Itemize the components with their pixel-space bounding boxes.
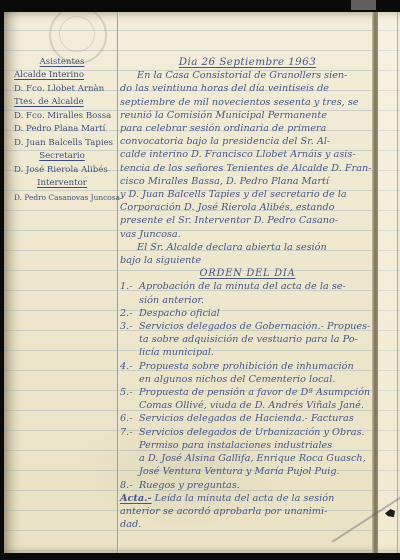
agenda-items: 1.-Aprobación de la minuta del acta de l… <box>120 280 375 491</box>
acta-paragraph: Acta.- Leída la minuta del acta de la se… <box>120 492 375 532</box>
text-line: dad. <box>120 518 375 531</box>
acta-label: Acta.- <box>120 493 152 504</box>
text-line: Despacho oficial <box>139 307 375 320</box>
attendee-name: D. Fco. Llobet Arnàn <box>10 83 114 96</box>
text-line: do las veintiuna horas del día veintisei… <box>120 82 375 95</box>
agenda-item-number: 8.- <box>120 479 133 492</box>
notebook-page: AsistentesAlcalde InterinoD. Fco. Llobet… <box>4 12 400 553</box>
text-line: Permiso para instalaciones industriales <box>139 439 375 452</box>
text-line: anterior se acordó aprobarla por unanimi… <box>120 505 375 518</box>
backdrop-highlight <box>351 0 376 10</box>
text-line: Aprobación de la minuta del acta de la s… <box>139 280 375 293</box>
margin-heading: Asistentes <box>10 56 114 69</box>
text-line: septiembre de mil novecientos sesenta y … <box>120 96 375 109</box>
text-line: El Sr. Alcalde declara abierta la sesión <box>120 241 375 254</box>
date-heading: Dia 26 Septiembre 1963 <box>120 56 375 69</box>
agenda-item: 3.-Servicios delegados de Gobernación.- … <box>120 320 375 360</box>
screenshot-root: { "colors": { "backdrop": "#0a0a0a", "pa… <box>0 0 400 560</box>
agenda-item: 5.-Propuesta de pensión a favor de Dª As… <box>120 386 375 412</box>
declare-paragraph: El Sr. Alcalde declara abierta la sesión… <box>120 241 375 267</box>
text-line: Corporación D. José Rierola Alibés, esta… <box>120 201 375 214</box>
agenda-item: 8.-Ruegos y preguntas. <box>120 479 375 492</box>
agenda-item-number: 4.- <box>120 360 133 373</box>
agenda-item-number: 6.- <box>120 412 133 425</box>
agenda-item: 2.-Despacho oficial <box>120 307 375 320</box>
agenda-item-number: 2.- <box>120 307 133 320</box>
text-line: bajo la siguiente <box>120 254 375 267</box>
agenda-heading-text: ORDEN DEL DIA <box>200 268 296 279</box>
text-line: y D. Juan Balcells Tapies y del secretar… <box>120 188 375 201</box>
text-line: para celebrar sesión ordinaria de primer… <box>120 122 375 135</box>
acta-text: Leída la minuta del acta de la sesión <box>155 493 335 504</box>
text-line: Servicios delegados de Urbanización y Ob… <box>139 426 375 439</box>
text-line: Ruegos y preguntas. <box>139 479 375 492</box>
text-line: a D. José Alsina Gallifa, Enrique Roca G… <box>139 452 375 465</box>
attendee-name: D. Juan Balcells Tapies <box>10 137 114 150</box>
text-line: cisco Miralles Bassa, D. Pedro Plana Mar… <box>120 175 375 188</box>
text-line: convocatoria bajo la presidencia del Sr.… <box>120 135 375 148</box>
text-line: calde interino D. Francisco Llobet Arnái… <box>120 148 375 161</box>
attendee-name: D. José Rierola Alibés <box>10 164 114 177</box>
next-page-edge-line <box>397 12 398 553</box>
text-line: presente el Sr. Interventor D. Pedro Cas… <box>120 214 375 227</box>
text-line: Propuesta sobre prohibición de inhumació… <box>139 360 375 373</box>
opening-paragraph: En la Casa Consistorial de Granollers si… <box>120 69 375 241</box>
text-line: En la Casa Consistorial de Granollers si… <box>120 69 375 82</box>
scanned-minutes-photo: AsistentesAlcalde InterinoD. Fco. Llobet… <box>0 0 400 560</box>
agenda-item: 7.-Servicios delegados de Urbanización y… <box>120 426 375 479</box>
text-line: licía municipal. <box>139 346 375 359</box>
margin-heading: Ttes. de Alcalde <box>10 96 114 109</box>
text-line: sión anterior. <box>139 294 375 307</box>
text-line: vas Juncosa. <box>120 228 375 241</box>
text-line: José Ventura Ventura y María Pujol Puig. <box>139 465 375 478</box>
attendee-name: D. Pedro Casanovas Juncosa <box>10 191 114 204</box>
margin-heading: Alcalde Interino <box>10 69 114 82</box>
date-heading-text: Dia 26 Septiembre 1963 <box>179 56 316 68</box>
agenda-item-number: 3.- <box>120 320 133 333</box>
margin-heading: Interventor <box>10 177 114 190</box>
margin-rule-line <box>117 12 118 553</box>
text-line: ta sobre adquisición de vestuario para l… <box>139 333 375 346</box>
text-line: Comas Ollivé, viuda de D. Andrés Viñals … <box>139 399 375 412</box>
attendee-name: D. Pedro Plana Martí <box>10 123 114 136</box>
text-line: Servicios delegados de Gobernación.- Pro… <box>139 320 375 333</box>
minutes-body: Dia 26 Septiembre 1963 En la Casa Consis… <box>120 56 375 531</box>
agenda-heading: ORDEN DEL DIA <box>120 267 375 280</box>
agenda-item: 1.-Aprobación de la minuta del acta de l… <box>120 280 375 306</box>
text-line: Acta.- Leída la minuta del acta de la se… <box>120 492 375 505</box>
text-line: reunió la Comisión Municipal Permanente <box>120 109 375 122</box>
text-line: Servicios delegados de Hacienda.- Factur… <box>139 412 375 425</box>
agenda-item-number: 7.- <box>120 426 133 439</box>
attendee-name: D. Fco. Miralles Bossa <box>10 110 114 123</box>
attendees-margin: AsistentesAlcalde InterinoD. Fco. Llobet… <box>10 56 114 204</box>
agenda-item-number: 1.- <box>120 280 133 293</box>
agenda-item-number: 5.- <box>120 386 133 399</box>
margin-heading: Secretario <box>10 150 114 163</box>
text-line: Propuesta de pensión a favor de Dª Asump… <box>139 386 375 399</box>
text-line: en algunos nichos del Cementerio local. <box>139 373 375 386</box>
agenda-item: 4.-Propuesta sobre prohibición de inhuma… <box>120 360 375 386</box>
text-line: tencia de los señores Tenientes de Alcal… <box>120 162 375 175</box>
agenda-item: 6.-Servicios delegados de Hacienda.- Fac… <box>120 412 375 425</box>
